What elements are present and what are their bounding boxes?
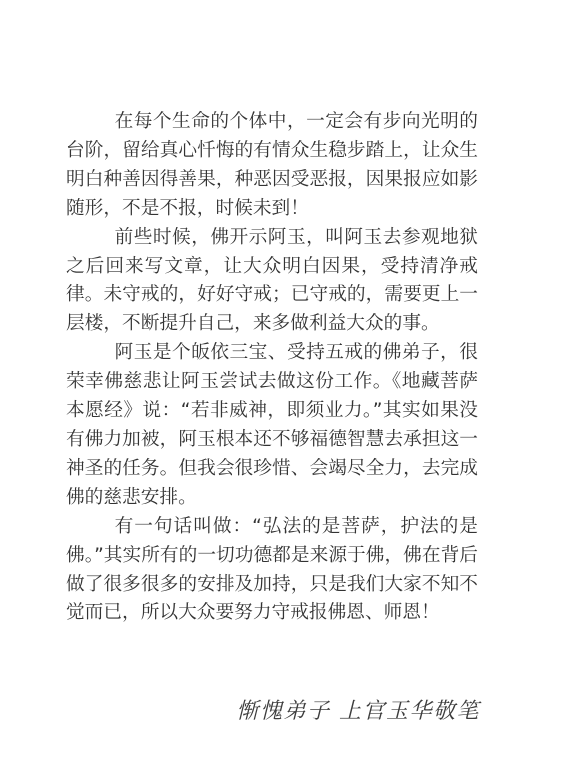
signature-line: 惭愧弟子 上官玉华敬笔 <box>237 698 481 726</box>
paragraph: 有一句话叫做：“弘法的是菩萨，护法的是佛。”其实所有的一切功德都是来源于佛，佛在… <box>66 513 478 629</box>
paragraph: 前些时候，佛开示阿玉，叫阿玉去参观地狱之后回来写文章，让大众明白因果，受持清净戒… <box>66 224 478 340</box>
paragraph: 在每个生命的个体中，一定会有步向光明的台阶，留给真心忏悔的有情众生稳步踏上，让众… <box>66 108 478 224</box>
paragraph: 阿玉是个皈依三宝、受持五戒的佛弟子，很荣幸佛慈悲让阿玉尝试去做这份工作。《地藏菩… <box>66 339 478 512</box>
document-page: 在每个生命的个体中，一定会有步向光明的台阶，留给真心忏悔的有情众生稳步踏上，让众… <box>0 0 580 772</box>
letter-body: 在每个生命的个体中，一定会有步向光明的台阶，留给真心忏悔的有情众生稳步踏上，让众… <box>66 108 478 628</box>
